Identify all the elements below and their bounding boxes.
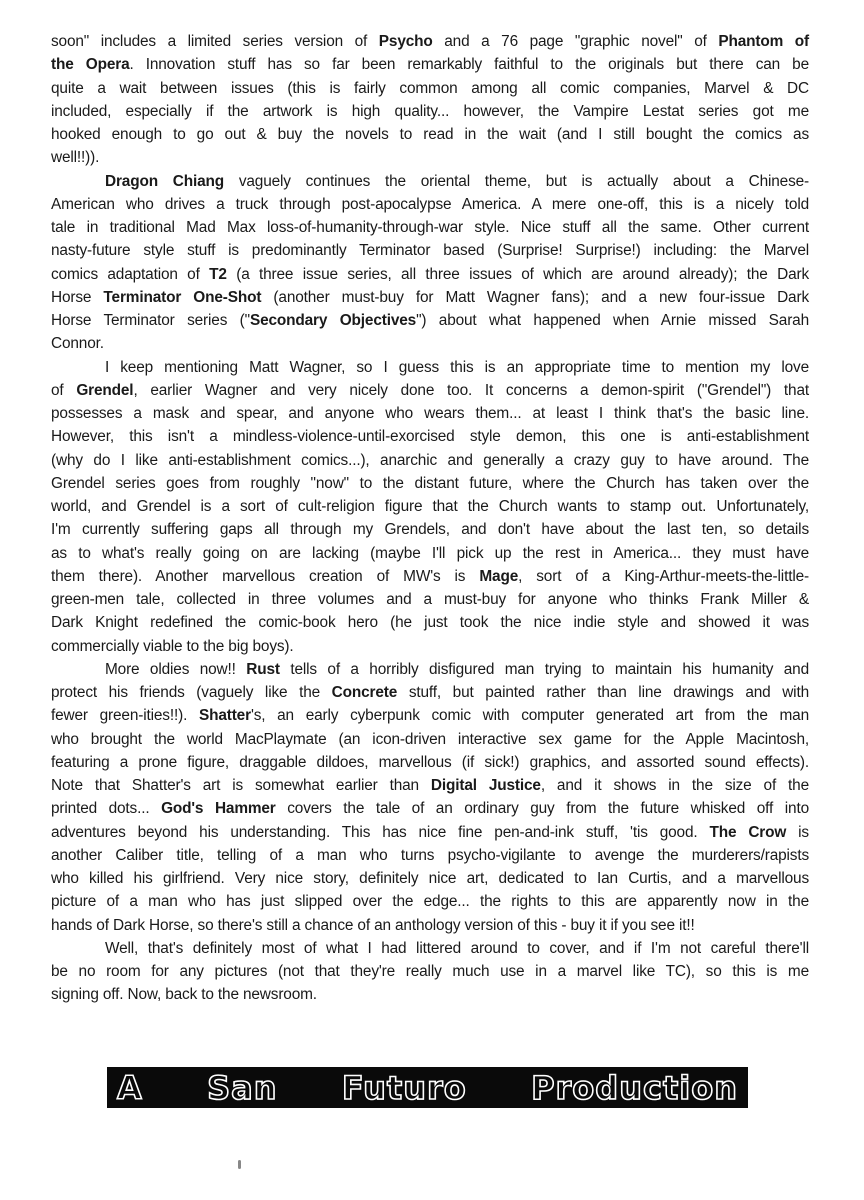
text-line: printed dots... God's Hammer covers the …: [51, 797, 809, 820]
text-run: protect his friends (vaguely like the: [51, 684, 332, 701]
bold-title: Shatter: [199, 707, 251, 724]
text-line: of Grendel, earlier Wagner and very nice…: [51, 379, 809, 402]
text-line: be no room for any pictures (not that th…: [51, 960, 809, 983]
text-line: adventures beyond his understanding. Thi…: [51, 821, 809, 844]
text-run: , earlier Wagner and very nicely done to…: [133, 382, 809, 399]
bold-title: Mage: [479, 568, 518, 585]
bold-title: Secondary Objectives: [250, 312, 416, 329]
article-body: soon" includes a limited series version …: [51, 30, 809, 1007]
text-run: signing off. Now, back to the newsroom.: [51, 986, 317, 1003]
text-run: Note that Shatter's art is somewhat earl…: [51, 777, 431, 794]
text-line: hooked enough to go out & buy the novels…: [51, 123, 809, 146]
text-run: Well, that's definitely most of what I h…: [105, 940, 809, 957]
paragraph: I keep mentioning Matt Wagner, so I gues…: [51, 356, 809, 658]
text-run: American who drives a truck through post…: [51, 196, 809, 213]
text-run: who killed his girlfriend. Very nice sto…: [51, 870, 809, 887]
text-line: I keep mentioning Matt Wagner, so I gues…: [51, 356, 809, 379]
text-run: them there). Another marvellous creation…: [51, 568, 479, 585]
text-run: and a 76 page "graphic novel" of: [433, 33, 719, 50]
text-run: vaguely continues the oriental theme, bu…: [224, 173, 809, 190]
text-run: be no room for any pictures (not that th…: [51, 963, 809, 980]
text-line: Dragon Chiang vaguely continues the orie…: [51, 170, 809, 193]
text-run: Horse Terminator series (": [51, 312, 250, 329]
text-run: possesses a mask and spear, and anyone w…: [51, 405, 809, 422]
text-run: hands of Dark Horse, so there's still a …: [51, 917, 695, 934]
text-line: as to what's really going on are lacking…: [51, 542, 809, 565]
text-run: Horse: [51, 289, 103, 306]
text-run: who brought the world MacPlaymate (an ic…: [51, 731, 809, 748]
text-run: , and it shows in the size of the: [541, 777, 809, 794]
bold-title: Phantom of: [718, 33, 809, 50]
text-run: (why do I like anti-establishment comics…: [51, 452, 809, 469]
text-line: another Caliber title, telling of a man …: [51, 844, 809, 867]
text-run: ") about what happened when Arnie missed…: [416, 312, 809, 329]
text-line: them there). Another marvellous creation…: [51, 565, 809, 588]
bold-title: Rust: [246, 661, 280, 678]
text-line: possesses a mask and spear, and anyone w…: [51, 402, 809, 425]
bold-title: the Opera: [51, 56, 129, 73]
banner-word: A: [117, 1069, 143, 1107]
text-line: who killed his girlfriend. Very nice sto…: [51, 867, 809, 890]
text-line: who brought the world MacPlaymate (an ic…: [51, 728, 809, 751]
text-run: I'm currently suffering gaps all through…: [51, 521, 809, 538]
bold-title: Terminator One-Shot: [103, 289, 261, 306]
text-line: well!!)).: [51, 146, 809, 169]
text-run: . Innovation stuff has so far been remar…: [129, 56, 809, 73]
text-run: covers the tale of an ordinary guy from …: [276, 800, 809, 817]
text-line: comics adaptation of T2 (a three issue s…: [51, 263, 809, 286]
text-line: green-men tale, collected in three volum…: [51, 588, 809, 611]
text-run: I keep mentioning Matt Wagner, so I gues…: [105, 359, 809, 376]
text-line: tale in traditional Mad Max loss-of-huma…: [51, 216, 809, 239]
text-run: printed dots...: [51, 800, 161, 817]
text-run: , sort of a King-Arthur-meets-the-little…: [518, 568, 809, 585]
paragraph: More oldies now!! Rust tells of a horrib…: [51, 658, 809, 937]
text-run: comics adaptation of: [51, 266, 209, 283]
text-line: protect his friends (vaguely like the Co…: [51, 681, 809, 704]
text-run: Dark Knight redefined the comic-book her…: [51, 614, 809, 631]
bold-title: Psycho: [379, 33, 433, 50]
text-run: well!!)).: [51, 149, 99, 166]
paragraph: soon" includes a limited series version …: [51, 30, 809, 170]
text-run: Connor.: [51, 335, 104, 352]
bold-title: Dragon Chiang: [105, 173, 224, 190]
text-line: hands of Dark Horse, so there's still a …: [51, 914, 809, 937]
bold-title: The Crow: [709, 824, 786, 841]
text-run: of: [51, 382, 76, 399]
text-run: green-men tale, collected in three volum…: [51, 591, 809, 608]
banner-word: Futuro: [342, 1069, 467, 1107]
paragraph: Well, that's definitely most of what I h…: [51, 937, 809, 1007]
text-line: I'm currently suffering gaps all through…: [51, 518, 809, 541]
bold-title: Grendel: [76, 382, 133, 399]
text-run: adventures beyond his understanding. Thi…: [51, 824, 709, 841]
text-line: quite a wait between issues (this is fai…: [51, 77, 809, 100]
bold-title: Concrete: [332, 684, 398, 701]
banner-word: Production: [531, 1069, 738, 1107]
text-run: 's, an early cyberpunk comic with comput…: [251, 707, 809, 724]
text-run: commercially viable to the big boys).: [51, 638, 294, 655]
banner-word: San: [207, 1069, 277, 1107]
text-line: Well, that's definitely most of what I h…: [51, 937, 809, 960]
text-line: American who drives a truck through post…: [51, 193, 809, 216]
text-run: (another must-buy for Matt Wagner fans);…: [261, 289, 809, 306]
text-line: Horse Terminator series ("Secondary Obje…: [51, 309, 809, 332]
text-line: Horse Terminator One-Shot (another must-…: [51, 286, 809, 309]
san-futuro-production-banner: A San Futuro Production: [107, 1067, 748, 1108]
scan-speck: [238, 1160, 241, 1169]
text-line: included, especially if the artwork is h…: [51, 100, 809, 123]
text-run: featuring a prone figure, draggable dild…: [51, 754, 809, 771]
text-line: However, this isn't a mindless-violence-…: [51, 425, 809, 448]
text-run: hooked enough to go out & buy the novels…: [51, 126, 809, 143]
text-line: soon" includes a limited series version …: [51, 30, 809, 53]
text-run: another Caliber title, telling of a man …: [51, 847, 809, 864]
text-line: featuring a prone figure, draggable dild…: [51, 751, 809, 774]
text-line: More oldies now!! Rust tells of a horrib…: [51, 658, 809, 681]
text-line: the Opera. Innovation stuff has so far b…: [51, 53, 809, 76]
text-line: signing off. Now, back to the newsroom.: [51, 983, 809, 1006]
text-run: picture of a man who has just slipped ov…: [51, 893, 809, 910]
bold-title: Digital Justice: [431, 777, 541, 794]
text-run: However, this isn't a mindless-violence-…: [51, 428, 809, 445]
text-line: nasty-future style stuff is predominantl…: [51, 239, 809, 262]
text-run: More oldies now!!: [105, 661, 246, 678]
bold-title: T2: [209, 266, 227, 283]
text-line: world, and Grendel is a sort of cult-rel…: [51, 495, 809, 518]
text-line: Note that Shatter's art is somewhat earl…: [51, 774, 809, 797]
text-run: world, and Grendel is a sort of cult-rel…: [51, 498, 809, 515]
paragraph: Dragon Chiang vaguely continues the orie…: [51, 170, 809, 356]
text-run: quite a wait between issues (this is fai…: [51, 80, 809, 97]
text-line: Dark Knight redefined the comic-book her…: [51, 611, 809, 634]
text-run: nasty-future style stuff is predominantl…: [51, 242, 809, 259]
text-run: is: [786, 824, 809, 841]
text-run: Grendel series goes from roughly "now" t…: [51, 475, 809, 492]
text-run: stuff, but painted rather than line draw…: [397, 684, 809, 701]
text-run: fewer green-ities!!).: [51, 707, 199, 724]
text-line: picture of a man who has just slipped ov…: [51, 890, 809, 913]
text-run: tells of a horribly disfigured man tryin…: [280, 661, 809, 678]
text-line: fewer green-ities!!). Shatter's, an earl…: [51, 704, 809, 727]
text-line: commercially viable to the big boys).: [51, 635, 809, 658]
text-run: (a three issue series, all three issues …: [227, 266, 809, 283]
text-run: soon" includes a limited series version …: [51, 33, 379, 50]
bold-title: God's Hammer: [161, 800, 276, 817]
text-line: Grendel series goes from roughly "now" t…: [51, 472, 809, 495]
text-run: included, especially if the artwork is h…: [51, 103, 809, 120]
text-run: tale in traditional Mad Max loss-of-huma…: [51, 219, 809, 236]
text-run: as to what's really going on are lacking…: [51, 545, 809, 562]
text-line: (why do I like anti-establishment comics…: [51, 449, 809, 472]
text-line: Connor.: [51, 332, 809, 355]
